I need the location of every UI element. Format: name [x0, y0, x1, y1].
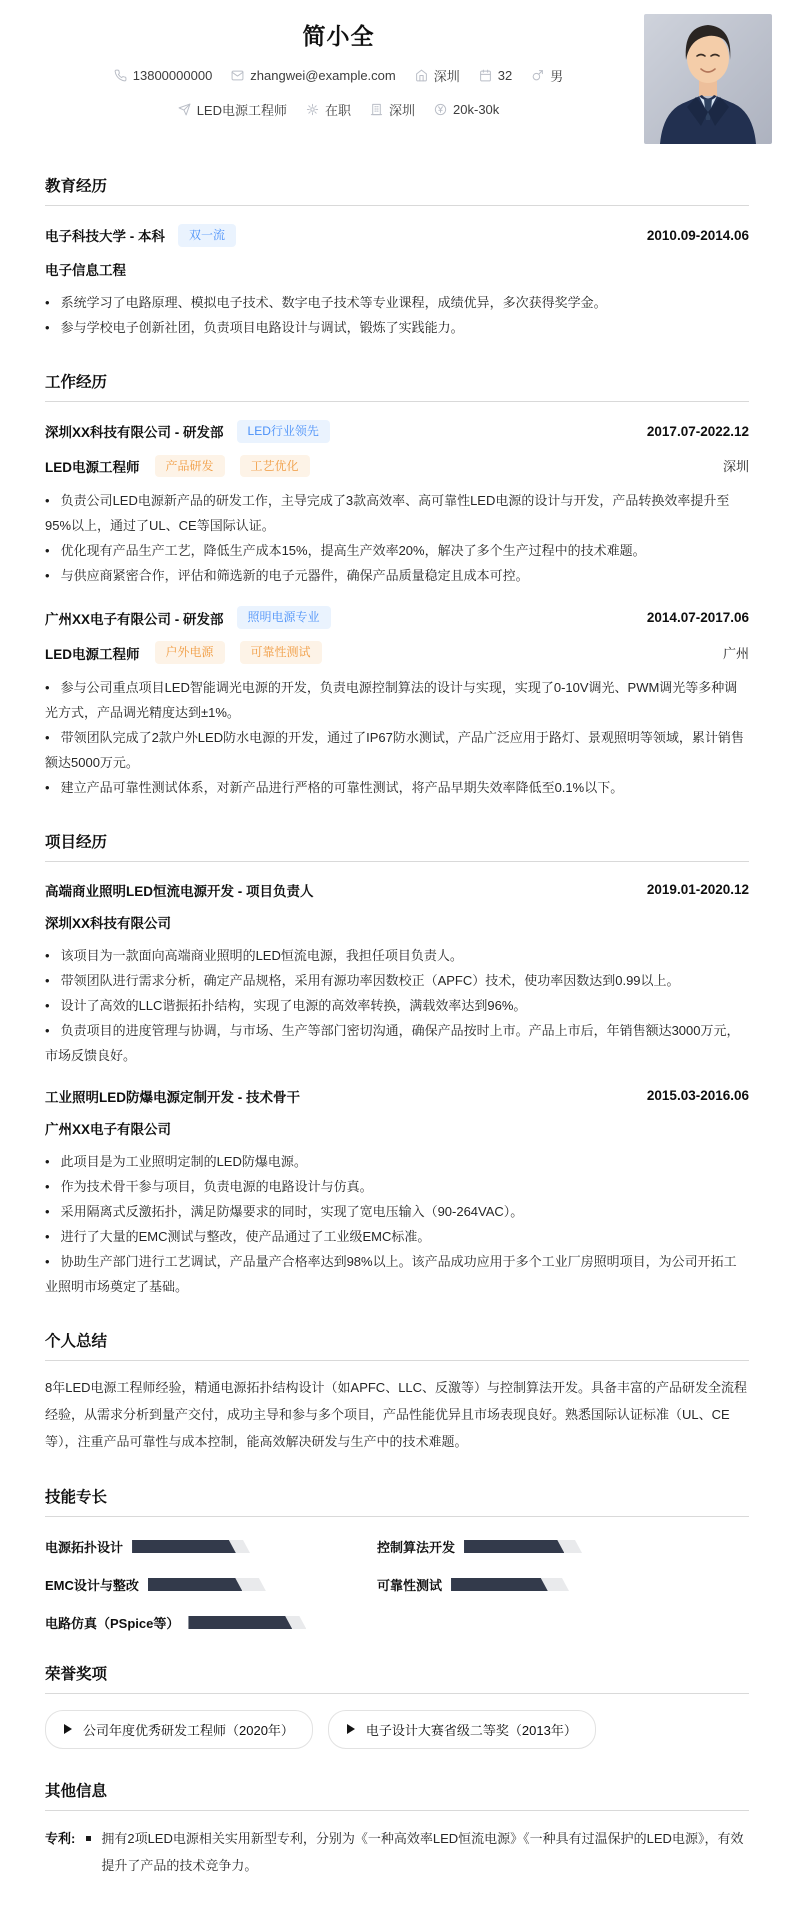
work-entry-row: 广州XX电子有限公司 - 研发部 照明电源专业 2014.07-2017.06 [45, 606, 749, 629]
list-item: 建立产品可靠性测试体系，对新产品进行严格的可靠性测试，将产品早期失效率降低至0.… [45, 775, 749, 800]
work-role-left: LED电源工程师 产品研发 工艺优化 [45, 455, 310, 478]
project-title: 高端商业照明LED恒流电源开发 - 项目负责人 [45, 880, 314, 900]
list-item: 进行了大量的EMC测试与整改，使产品通过了工业级EMC标准。 [45, 1224, 749, 1249]
project-date: 2015.03-2016.06 [647, 1088, 749, 1103]
list-item: 系统学习了电路原理、模拟电子技术、数字电子技术等专业课程，成绩优异，多次获得奖学… [45, 290, 749, 315]
home-icon [415, 69, 428, 82]
age-icon [479, 69, 492, 82]
skill-bar-fill [148, 1578, 242, 1591]
skill-item: 可靠性测试 [377, 1575, 749, 1594]
square-bullet-icon [86, 1836, 91, 1841]
candidate-name: 简小全 [45, 18, 632, 51]
work-entry-left: 深圳XX科技有限公司 - 研发部 LED行业领先 [45, 420, 330, 443]
contact-location: 深圳 [415, 66, 460, 85]
education-date: 2010.09-2014.06 [647, 228, 749, 243]
play-icon [64, 1724, 72, 1734]
skills-heading: 技能专长 [45, 1485, 749, 1517]
skill-label: 电源拓扑设计 [45, 1537, 123, 1556]
work-entry-1: 深圳XX科技有限公司 - 研发部 LED行业领先 2017.07-2022.12… [45, 420, 749, 589]
header-main: 简小全 13800000000 zhangwei@example.com 深圳 … [45, 14, 632, 119]
list-item: 与供应商紧密合作，评估和筛选新的电子元器件，确保产品质量稳定且成本可控。 [45, 563, 749, 588]
phone-value: 13800000000 [133, 68, 213, 83]
list-item: 该项目为一款面向高端商业照明的LED恒流电源，我担任项目负责人。 [45, 943, 749, 968]
work-bullets: 负责公司LED电源新产品的研发工作，主导完成了3款高效率、高可靠性LED电源的设… [45, 488, 749, 588]
section-education: 教育经历 电子科技大学 - 本科 双一流 2010.09-2014.06 电子信… [0, 174, 794, 340]
section-skills: 技能专长 电源拓扑设计 控制算法开发 EMC设计与整改 可靠性测试 电路仿真（P… [0, 1485, 794, 1632]
skill-bar [132, 1540, 250, 1553]
company-tag: LED行业领先 [237, 420, 330, 443]
honors-row: 公司年度优秀研发工程师（2020年） 电子设计大赛省级二等奖（2013年） [45, 1710, 749, 1749]
projects-heading: 项目经历 [45, 830, 749, 862]
summary-text: 8年LED电源工程师经验，精通电源拓扑结构设计（如APFC、LLC、反激等）与控… [45, 1374, 749, 1455]
section-work: 工作经历 深圳XX科技有限公司 - 研发部 LED行业领先 2017.07-20… [0, 370, 794, 800]
section-summary: 个人总结 8年LED电源工程师经验，精通电源拓扑结构设计（如APFC、LLC、反… [0, 1329, 794, 1455]
skill-bar-fill [188, 1616, 292, 1629]
list-item: 负责项目的进度管理与协调，与市场、生产等部门密切沟通，确保产品按时上市。产品上市… [45, 1018, 749, 1068]
contact-age: 32 [479, 68, 512, 83]
other-heading: 其他信息 [45, 1779, 749, 1811]
role-tag: 产品研发 [155, 455, 225, 478]
skill-label: 控制算法开发 [377, 1537, 455, 1556]
honor-badge: 电子设计大赛省级二等奖（2013年） [328, 1710, 596, 1749]
role-title: LED电源工程师 [45, 456, 140, 476]
company-name: 广州XX电子有限公司 - 研发部 [45, 608, 224, 628]
patent-text: 拥有2项LED电源相关实用新型专利，分别为《一种高效率LED恒流电源》《一种具有… [101, 1825, 749, 1879]
education-heading: 教育经历 [45, 174, 749, 206]
work-location: 广州 [723, 643, 749, 662]
city-value: 深圳 [389, 100, 415, 119]
company-name: 深圳XX科技有限公司 - 研发部 [45, 421, 224, 441]
status-value: 在职 [325, 100, 351, 119]
company-tag: 照明电源专业 [237, 606, 331, 629]
section-honors: 荣誉奖项 公司年度优秀研发工程师（2020年） 电子设计大赛省级二等奖（2013… [0, 1662, 794, 1749]
status-icon [306, 103, 319, 116]
work-role-row: LED电源工程师 户外电源 可靠性测试 广州 [45, 641, 749, 664]
school-name: 电子科技大学 - 本科 [45, 225, 165, 245]
building-icon [370, 103, 383, 116]
work-date: 2014.07-2017.06 [647, 610, 749, 625]
list-item: 协助生产部门进行工艺调试，产品量产合格率达到98%以上。该产品成功应用于多个工业… [45, 1249, 749, 1299]
send-icon [178, 103, 191, 116]
contact-row-1: 13800000000 zhangwei@example.com 深圳 32 男 [45, 66, 632, 85]
email-value: zhangwei@example.com [250, 68, 395, 83]
contact-email: zhangwei@example.com [231, 68, 395, 83]
skill-item: 控制算法开发 [377, 1537, 749, 1556]
skill-bar [451, 1578, 569, 1591]
contact-gender: 男 [531, 66, 563, 85]
project-entry-2: 工业照明LED防爆电源定制开发 - 技术骨干 2015.03-2016.06 广… [45, 1086, 749, 1299]
project-bullets: 此项目是为工业照明定制的LED防爆电源。 作为技术骨干参与项目，负责电源的电路设… [45, 1149, 749, 1299]
project-company: 深圳XX科技有限公司 [45, 912, 749, 932]
profile-photo [644, 14, 772, 144]
honors-heading: 荣誉奖项 [45, 1662, 749, 1694]
profile-photo-illustration [644, 14, 772, 144]
skill-label: EMC设计与整改 [45, 1575, 139, 1594]
project-date: 2019.01-2020.12 [647, 882, 749, 897]
list-item: 参与学校电子创新社团，负责项目电路设计与调试，锻炼了实践能力。 [45, 315, 749, 340]
honor-text: 电子设计大赛省级二等奖（2013年） [366, 1720, 577, 1739]
skill-bar [464, 1540, 582, 1553]
list-item: 此项目是为工业照明定制的LED防爆电源。 [45, 1149, 749, 1174]
skills-grid: 电源拓扑设计 控制算法开发 EMC设计与整改 可靠性测试 电路仿真（PSpice… [45, 1537, 749, 1632]
work-role-left: LED电源工程师 户外电源 可靠性测试 [45, 641, 322, 664]
patent-label: 专利: [45, 1825, 75, 1852]
education-major: 电子信息工程 [45, 259, 749, 279]
skill-bar-fill [464, 1540, 564, 1553]
list-item: 优化现有产品生产工艺，降低生产成本15%，提高生产效率20%，解决了多个生产过程… [45, 538, 749, 563]
contact-jobtitle: LED电源工程师 [178, 100, 287, 119]
honor-text: 公司年度优秀研发工程师（2020年） [83, 1720, 294, 1739]
list-item: 负责公司LED电源新产品的研发工作，主导完成了3款高效率、高可靠性LED电源的设… [45, 488, 749, 538]
education-bullets: 系统学习了电路原理、模拟电子技术、数字电子技术等专业课程，成绩优异，多次获得奖学… [45, 290, 749, 340]
project-entry-1: 高端商业照明LED恒流电源开发 - 项目负责人 2019.01-2020.12 … [45, 880, 749, 1068]
work-entry-row: 深圳XX科技有限公司 - 研发部 LED行业领先 2017.07-2022.12 [45, 420, 749, 443]
contact-status: 在职 [306, 100, 351, 119]
project-bullets: 该项目为一款面向高端商业照明的LED恒流电源，我担任项目负责人。 带领团队进行需… [45, 943, 749, 1068]
contact-salary: 20k-30k [434, 102, 499, 117]
resume-header: 简小全 13800000000 zhangwei@example.com 深圳 … [0, 14, 794, 144]
honor-badge: 公司年度优秀研发工程师（2020年） [45, 1710, 313, 1749]
skill-item: EMC设计与整改 [45, 1575, 377, 1594]
skill-bar-fill [132, 1540, 236, 1553]
section-other: 其他信息 专利: 拥有2项LED电源相关实用新型专利，分别为《一种高效率LED恒… [0, 1779, 794, 1879]
contact-row-2: LED电源工程师 在职 深圳 20k-30k [45, 100, 632, 119]
location-value: 深圳 [434, 66, 460, 85]
work-role-row: LED电源工程师 产品研发 工艺优化 深圳 [45, 455, 749, 478]
gender-value: 男 [550, 66, 563, 85]
project-entry-row: 高端商业照明LED恒流电源开发 - 项目负责人 2019.01-2020.12 [45, 880, 749, 900]
role-title: LED电源工程师 [45, 643, 140, 663]
list-item: 参与公司重点项目LED智能调光电源的开发，负责电源控制算法的设计与实现，实现了0… [45, 675, 749, 725]
education-entry-left: 电子科技大学 - 本科 双一流 [45, 224, 236, 247]
skill-label: 可靠性测试 [377, 1575, 442, 1594]
work-date: 2017.07-2022.12 [647, 424, 749, 439]
contact-phone: 13800000000 [114, 68, 213, 83]
work-entry-left: 广州XX电子有限公司 - 研发部 照明电源专业 [45, 606, 331, 629]
contact-city: 深圳 [370, 100, 415, 119]
play-icon [347, 1724, 355, 1734]
role-tag: 工艺优化 [240, 455, 310, 478]
role-tag: 户外电源 [155, 641, 225, 664]
jobtitle-value: LED电源工程师 [197, 100, 287, 119]
role-tag: 可靠性测试 [240, 641, 322, 664]
gender-icon [531, 69, 544, 82]
email-icon [231, 69, 244, 82]
skill-item: 电源拓扑设计 [45, 1537, 377, 1556]
project-company: 广州XX电子有限公司 [45, 1118, 749, 1138]
list-item: 带领团队完成了2款户外LED防水电源的开发，通过了IP67防水测试，产品广泛应用… [45, 725, 749, 775]
other-row: 专利: 拥有2项LED电源相关实用新型专利，分别为《一种高效率LED恒流电源》《… [45, 1825, 749, 1879]
skill-bar [148, 1578, 266, 1591]
skill-item: 电路仿真（PSpice等） [45, 1613, 377, 1632]
list-item: 设计了高效的LLC谐振拓扑结构，实现了电源的高效率转换，满载效率达到96%。 [45, 993, 749, 1018]
education-entry-row: 电子科技大学 - 本科 双一流 2010.09-2014.06 [45, 224, 749, 247]
project-title: 工业照明LED防爆电源定制开发 - 技术骨干 [45, 1086, 300, 1106]
salary-icon [434, 103, 447, 116]
school-tag: 双一流 [178, 224, 236, 247]
work-bullets: 参与公司重点项目LED智能调光电源的开发，负责电源控制算法的设计与实现，实现了0… [45, 675, 749, 800]
salary-value: 20k-30k [453, 102, 499, 117]
skill-bar [188, 1616, 306, 1629]
work-entry-2: 广州XX电子有限公司 - 研发部 照明电源专业 2014.07-2017.06 … [45, 606, 749, 800]
phone-icon [114, 69, 127, 82]
summary-heading: 个人总结 [45, 1329, 749, 1361]
section-projects: 项目经历 高端商业照明LED恒流电源开发 - 项目负责人 2019.01-202… [0, 830, 794, 1299]
work-location: 深圳 [723, 456, 749, 475]
list-item: 采用隔离式反激拓扑，满足防爆要求的同时，实现了宽电压输入（90-264VAC）。 [45, 1199, 749, 1224]
list-item: 带领团队进行需求分析，确定产品规格，采用有源功率因数校正（APFC）技术，使功率… [45, 968, 749, 993]
work-heading: 工作经历 [45, 370, 749, 402]
skill-bar-fill [451, 1578, 548, 1591]
age-value: 32 [498, 68, 512, 83]
skill-label: 电路仿真（PSpice等） [45, 1613, 179, 1632]
resume-page: 简小全 13800000000 zhangwei@example.com 深圳 … [0, 0, 794, 1915]
list-item: 作为技术骨干参与项目，负责电源的电路设计与仿真。 [45, 1174, 749, 1199]
project-entry-row: 工业照明LED防爆电源定制开发 - 技术骨干 2015.03-2016.06 [45, 1086, 749, 1106]
